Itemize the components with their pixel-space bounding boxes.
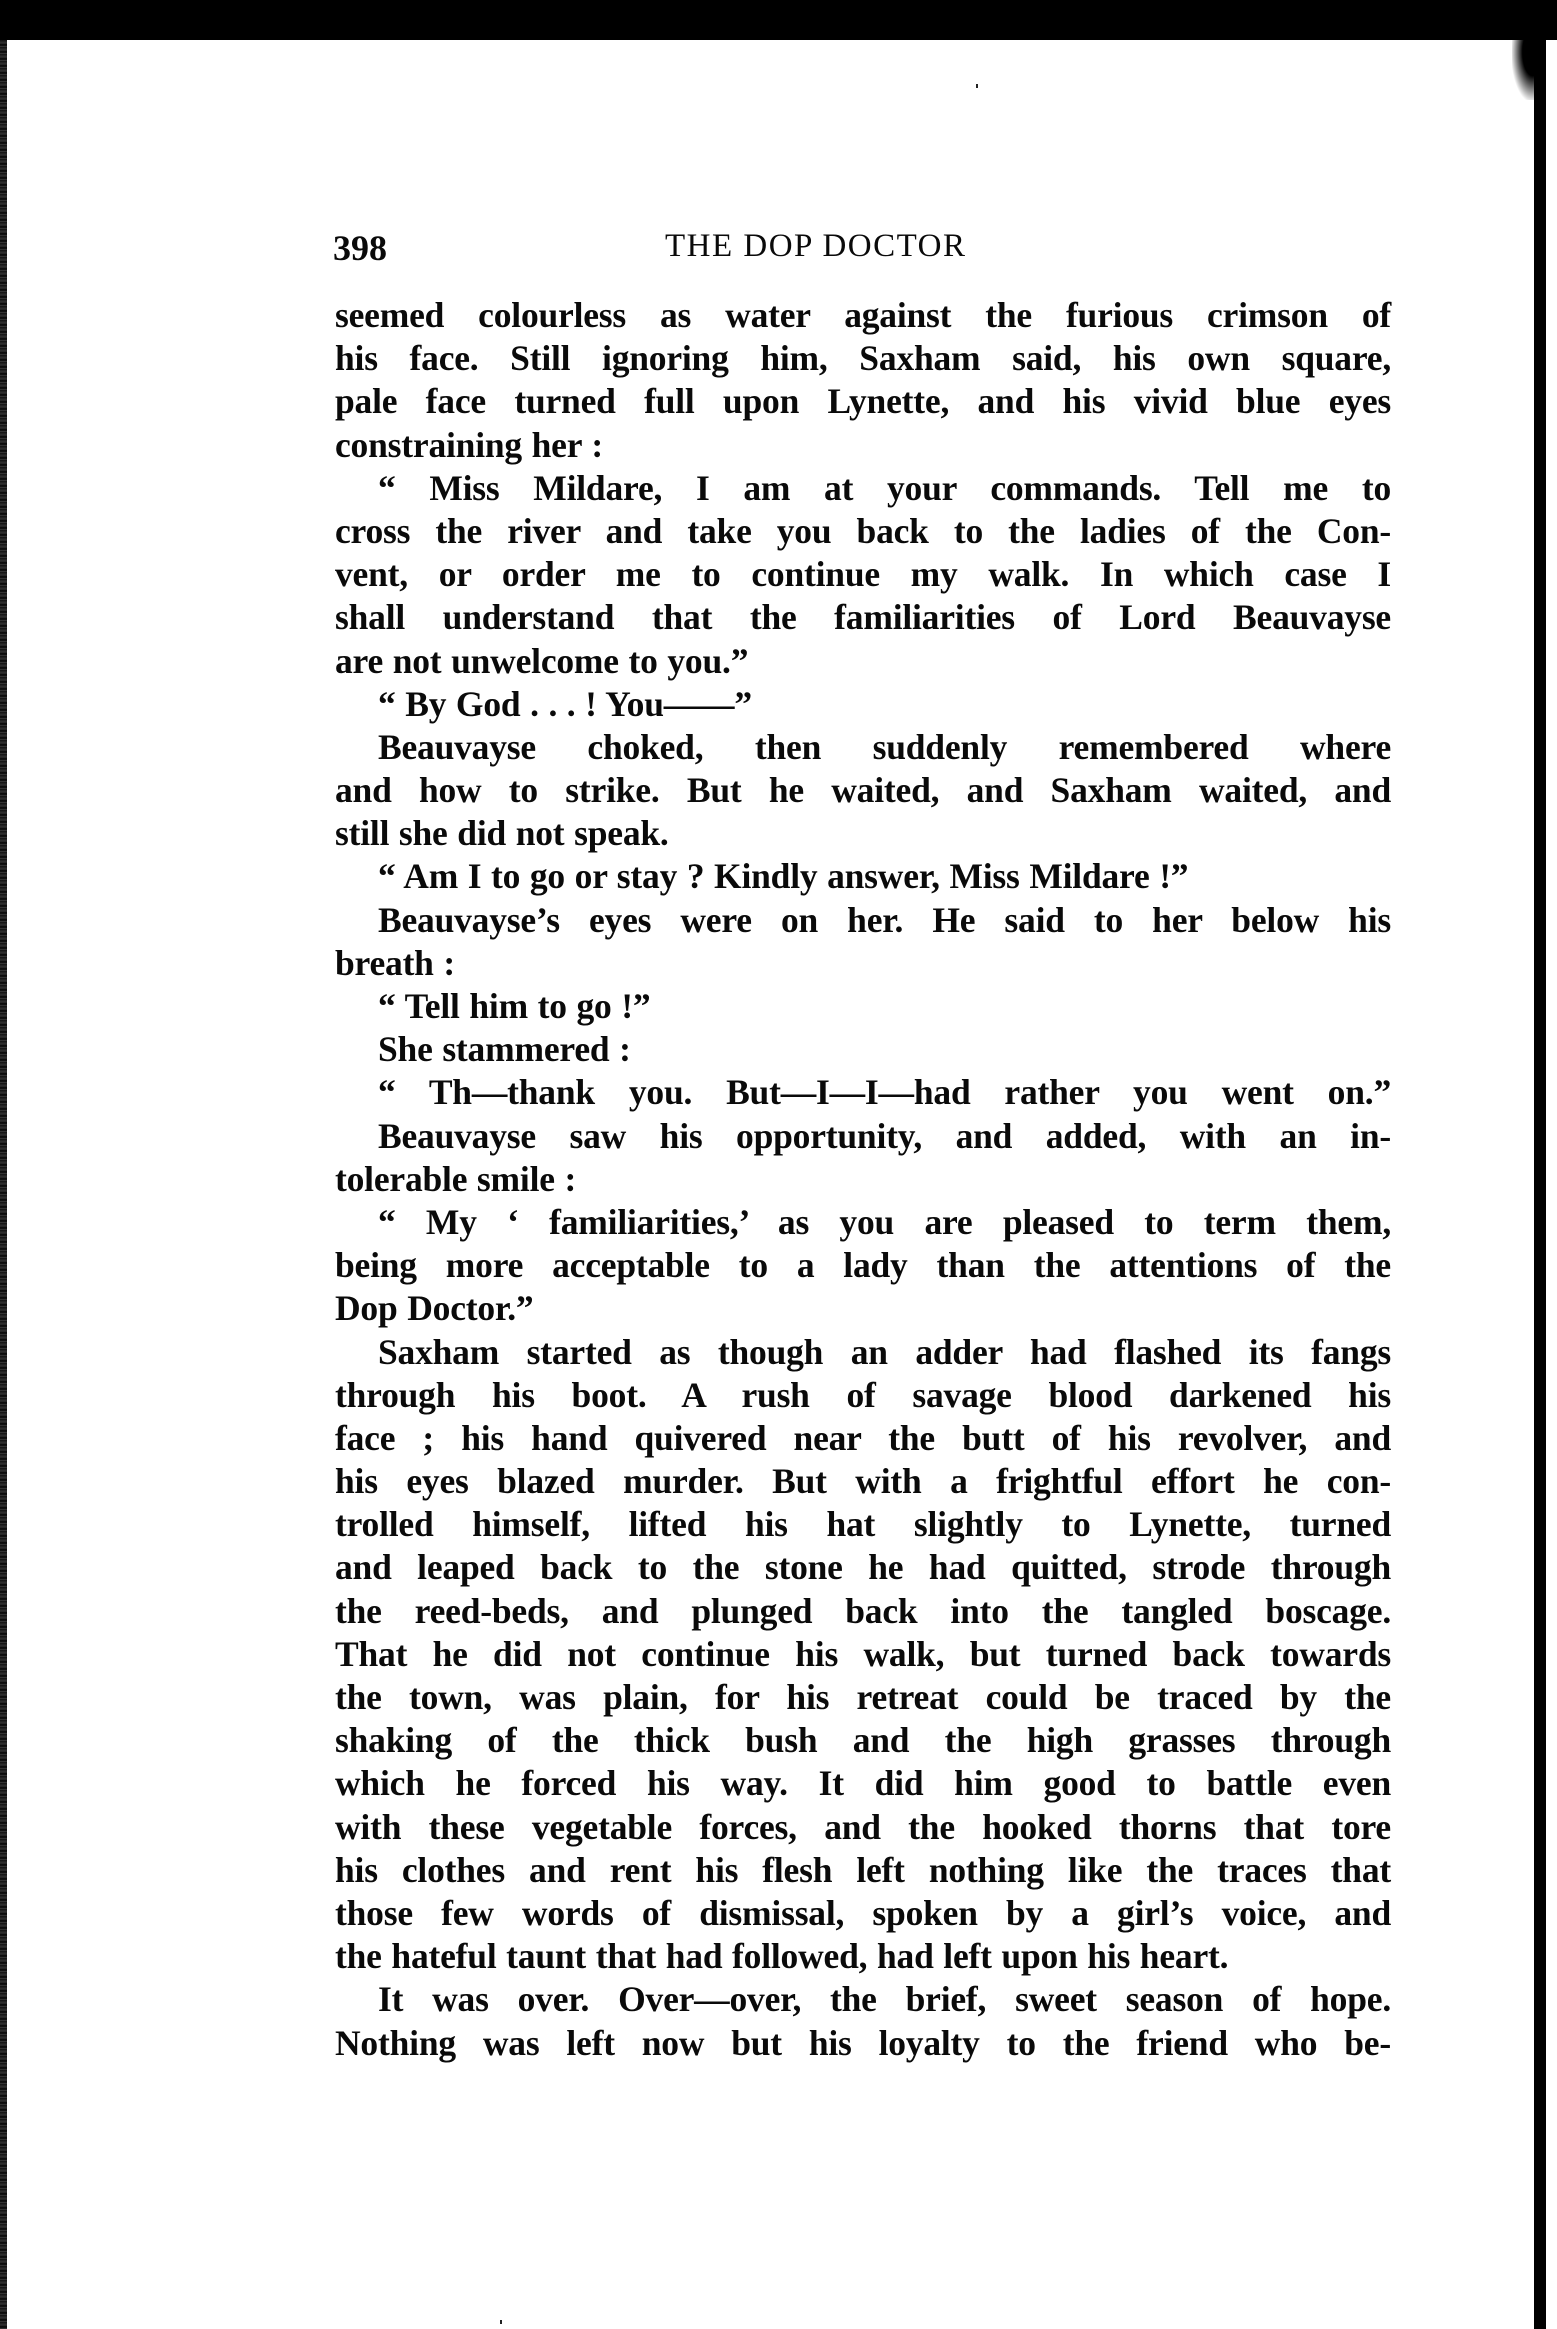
page-number: 398 (333, 228, 387, 268)
text-line: with these vegetable forces, and the hoo… (335, 1806, 1391, 1849)
text-line: those few words of dismissal, spoken by … (335, 1892, 1391, 1935)
text-line: which he forced his way. It did him good… (335, 1762, 1391, 1805)
scan-left-edge (0, 40, 7, 2329)
running-head: 398 THE DOP DOCTOR (335, 222, 1391, 266)
text-line: shaking of the thick bush and the high g… (335, 1719, 1391, 1762)
scan-speck (976, 84, 978, 88)
text-line: Dop Doctor.” (335, 1287, 1391, 1330)
text-line: shall understand that the familiarities … (335, 596, 1391, 639)
text-line: It was over. Over—over, the brief, sweet… (335, 1978, 1391, 2021)
text-line: seemed colourless as water against the f… (335, 294, 1391, 337)
body-text: seemed colourless as water against the f… (335, 294, 1391, 2065)
text-line: She stammered : (335, 1028, 1391, 1071)
text-line: Saxham started as though an adder had fl… (335, 1331, 1391, 1374)
text-line: the hateful taunt that had followed, had… (335, 1935, 1391, 1978)
text-line: his face. Still ignoring him, Saxham sai… (335, 337, 1391, 380)
text-line: “ Miss Mildare, I am at your commands. T… (335, 467, 1391, 510)
text-line: are not unwelcome to you.” (335, 640, 1391, 683)
text-line: the reed-beds, and plunged back into the… (335, 1590, 1391, 1633)
text-line: “ Tell him to go !” (335, 985, 1391, 1028)
text-line: Beauvayse’s eyes were on her. He said to… (335, 899, 1391, 942)
text-line: through his boot. A rush of savage blood… (335, 1374, 1391, 1417)
text-line: face ; his hand quivered near the butt o… (335, 1417, 1391, 1460)
scan-speck (500, 2320, 502, 2324)
text-line: tolerable smile : (335, 1158, 1391, 1201)
text-line: cross the river and take you back to the… (335, 510, 1391, 553)
text-line: “ My ‘ familiarities,’ as you are please… (335, 1201, 1391, 1244)
text-line: vent, or order me to continue my walk. I… (335, 553, 1391, 596)
text-line: being more acceptable to a lady than the… (335, 1244, 1391, 1287)
scan-corner-smudge (1512, 40, 1538, 100)
book-page: 398 THE DOP DOCTOR seemed colourless as … (335, 222, 1391, 2065)
text-line: pale face turned full upon Lynette, and … (335, 380, 1391, 423)
scan-top-border (0, 0, 1557, 40)
text-line: “ By God . . . ! You——” (335, 683, 1391, 726)
running-title: THE DOP DOCTOR (665, 226, 967, 266)
text-line: Nothing was left now but his loyalty to … (335, 2022, 1391, 2065)
text-line: trolled himself, lifted his hat slightly… (335, 1503, 1391, 1546)
text-line: and leaped back to the stone he had quit… (335, 1546, 1391, 1589)
text-line: his eyes blazed murder. But with a frigh… (335, 1460, 1391, 1503)
text-line: Beauvayse saw his opportunity, and added… (335, 1115, 1391, 1158)
text-line: breath : (335, 942, 1391, 985)
text-line: and how to strike. But he waited, and Sa… (335, 769, 1391, 812)
text-line: That he did not continue his walk, but t… (335, 1633, 1391, 1676)
text-line: “ Th—thank you. But—I—I—had rather you w… (335, 1071, 1391, 1114)
text-line: constraining her : (335, 424, 1391, 467)
scan-right-edge (1534, 40, 1546, 2329)
text-line: still she did not speak. (335, 812, 1391, 855)
text-line: the town, was plain, for his retreat cou… (335, 1676, 1391, 1719)
text-line: his clothes and rent his flesh left noth… (335, 1849, 1391, 1892)
text-line: Beauvayse choked, then suddenly remember… (335, 726, 1391, 769)
text-line: “ Am I to go or stay ? Kindly answer, Mi… (335, 855, 1391, 898)
